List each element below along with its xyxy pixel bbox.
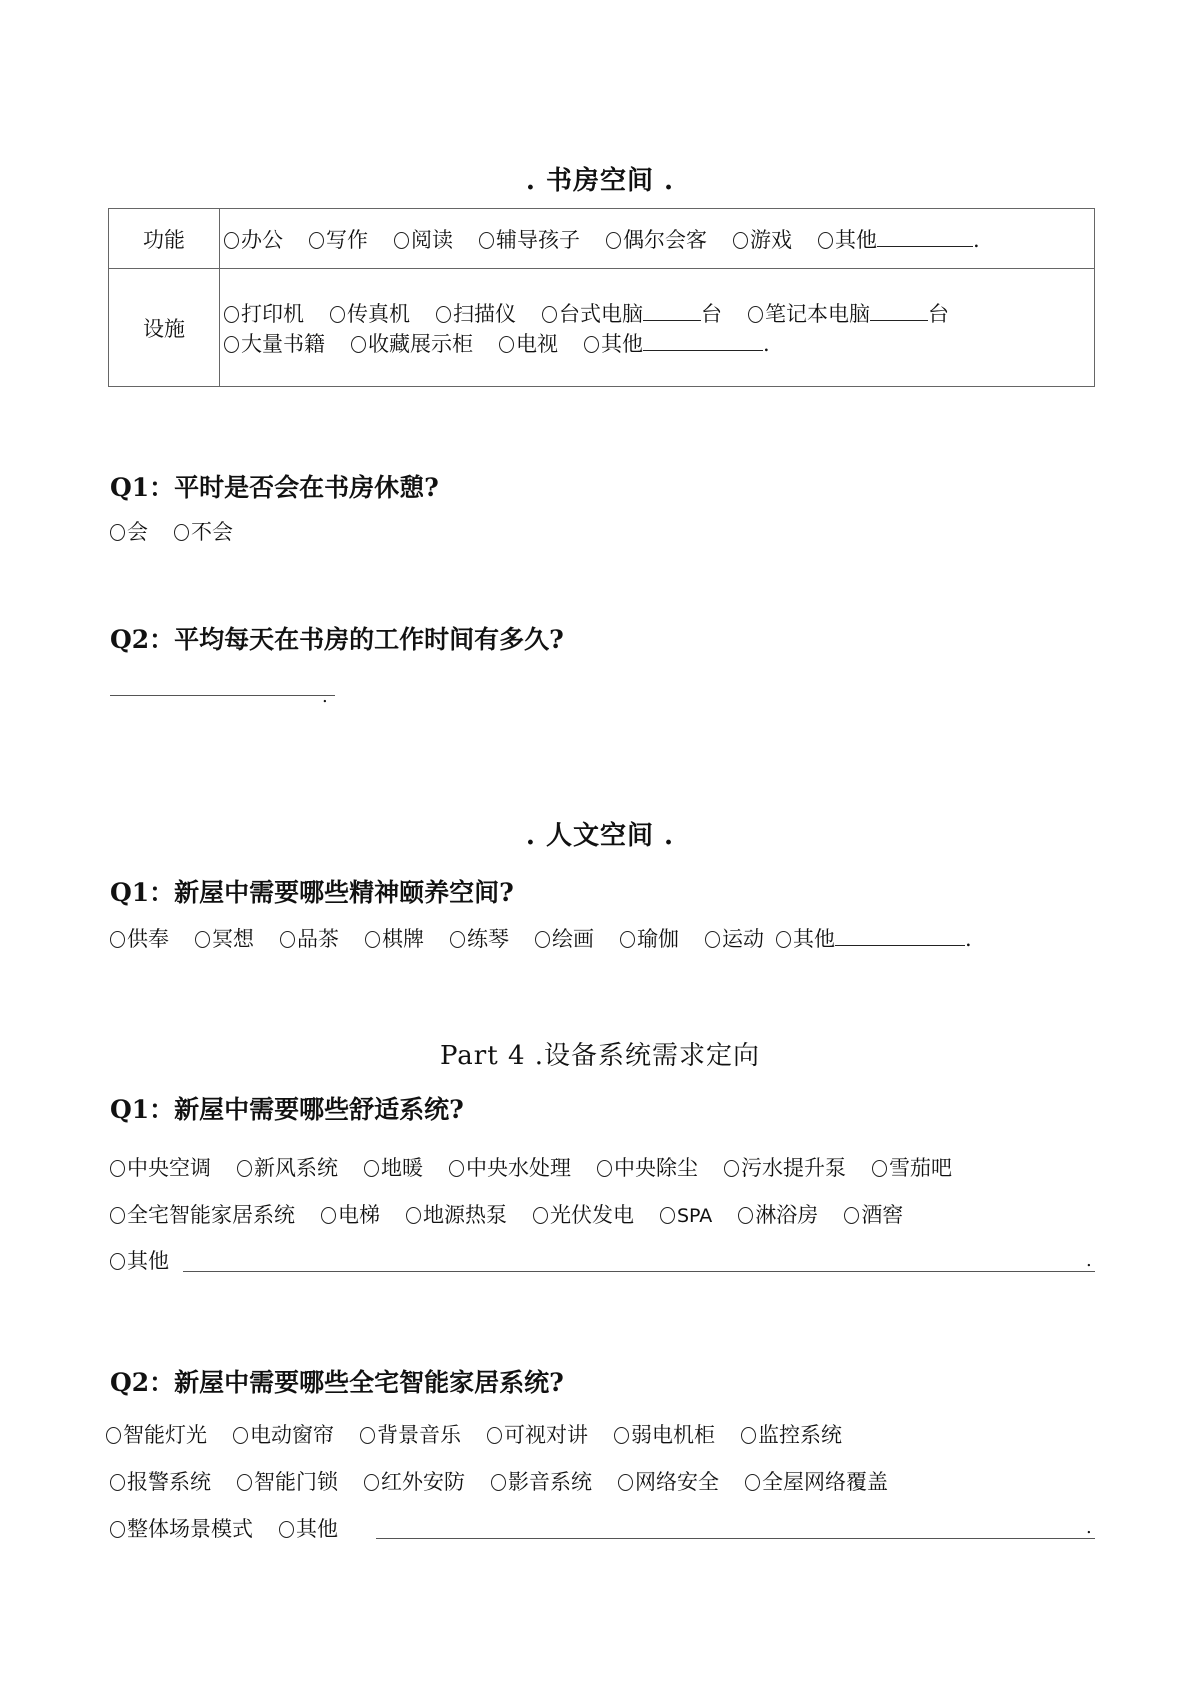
option-tv[interactable]: 电视 <box>499 328 558 358</box>
smart-options-row-2: 报警系统 智能门锁 红外安防 影音系统 网络安全 全屋网络覆盖 <box>110 1466 914 1496</box>
section-title-humanities: . 人文空间 . <box>0 815 1200 852</box>
radio-circle-icon[interactable] <box>705 931 720 948</box>
radio-circle-icon[interactable] <box>533 1207 548 1224</box>
option-central-ac[interactable]: 中央空调 <box>110 1152 211 1182</box>
question-spiritual-spaces: Q1：新屋中需要哪些精神颐养空间? <box>110 873 514 909</box>
option-other[interactable]: 其他. <box>776 923 972 953</box>
option-central-vacuum[interactable]: 中央除尘 <box>597 1152 698 1182</box>
option-motorized-curtains[interactable]: 电动窗帘 <box>233 1419 334 1449</box>
laptop-count-input[interactable] <box>870 300 928 321</box>
other-input-line[interactable] <box>643 330 763 351</box>
radio-circle-icon[interactable] <box>487 1427 502 1444</box>
radio-circle-icon[interactable] <box>394 232 409 249</box>
option-desktop[interactable]: 台式电脑台 <box>542 298 722 328</box>
option-piano[interactable]: 练琴 <box>450 923 509 953</box>
radio-circle-icon[interactable] <box>479 232 494 249</box>
radio-circle-icon[interactable] <box>776 931 791 948</box>
radio-circle-icon[interactable] <box>110 1474 125 1491</box>
radio-circle-icon[interactable] <box>542 306 557 323</box>
radio-circle-icon[interactable] <box>195 931 210 948</box>
radio-circle-icon[interactable] <box>614 1427 629 1444</box>
question-comfort-systems: Q1：新屋中需要哪些舒适系统? <box>110 1090 464 1126</box>
function-options: 办公 写作 阅读 辅导孩子 偶尔会客 游戏 其他. <box>224 224 1093 254</box>
option-water-treatment[interactable]: 中央水处理 <box>449 1152 571 1182</box>
comfort-other-input-line[interactable] <box>183 1271 1095 1272</box>
radio-circle-icon[interactable] <box>279 1521 294 1538</box>
other-input-line[interactable] <box>835 925 965 946</box>
radio-circle-icon[interactable] <box>499 336 514 353</box>
option-scene-mode[interactable]: 整体场景模式 <box>110 1513 253 1543</box>
radio-circle-icon[interactable] <box>237 1474 252 1491</box>
option-smart-lock[interactable]: 智能门锁 <box>237 1466 338 1496</box>
comfort-options-row-3: 其他 <box>110 1245 169 1275</box>
option-other[interactable]: 其他 <box>110 1245 169 1275</box>
option-scanner[interactable]: 扫描仪 <box>436 298 516 328</box>
option-fresh-air[interactable]: 新风系统 <box>237 1152 338 1182</box>
radio-circle-icon[interactable] <box>741 1427 756 1444</box>
option-surveillance[interactable]: 监控系统 <box>741 1419 842 1449</box>
radio-circle-icon[interactable] <box>280 931 295 948</box>
option-sewage-pump[interactable]: 污水提升泵 <box>724 1152 846 1182</box>
option-games[interactable]: 游戏 <box>733 224 792 254</box>
other-input-line[interactable] <box>877 226 973 247</box>
radio-circle-icon[interactable] <box>618 1474 633 1491</box>
option-infrared-security[interactable]: 红外安防 <box>364 1466 465 1496</box>
option-home-theater[interactable]: 影音系统 <box>491 1466 592 1496</box>
option-laptop[interactable]: 笔记本电脑台 <box>748 298 949 328</box>
option-painting[interactable]: 绘画 <box>535 923 594 953</box>
table-row-function: 功能 办公 写作 阅读 辅导孩子 偶尔会客 游戏 其他. <box>109 209 1095 269</box>
option-other[interactable]: 其他. <box>584 328 770 358</box>
option-writing[interactable]: 写作 <box>309 224 368 254</box>
radio-circle-icon[interactable] <box>364 1160 379 1177</box>
radio-circle-icon[interactable] <box>436 306 451 323</box>
radio-circle-icon[interactable] <box>738 1207 753 1224</box>
option-worship[interactable]: 供奉 <box>110 923 169 953</box>
radio-circle-icon[interactable] <box>365 931 380 948</box>
desktop-count-input[interactable] <box>643 300 701 321</box>
options-spiritual-spaces: 供奉 冥想 品茶 棋牌 练琴 绘画 瑜伽 运动 其他. <box>110 923 972 953</box>
smart-other-input-line[interactable] <box>376 1538 1095 1539</box>
radio-circle-icon[interactable] <box>360 1427 375 1444</box>
options-study-rest: 会 不会 <box>110 516 259 546</box>
option-yes[interactable]: 会 <box>110 516 148 546</box>
radio-circle-icon[interactable] <box>748 306 763 323</box>
option-wine-cellar[interactable]: 酒窖 <box>844 1199 903 1229</box>
study-hours-input-line[interactable] <box>110 695 335 696</box>
radio-circle-icon[interactable] <box>224 306 239 323</box>
option-elevator[interactable]: 电梯 <box>321 1199 380 1229</box>
option-yoga[interactable]: 瑜伽 <box>620 923 679 953</box>
radio-circle-icon[interactable] <box>237 1160 252 1177</box>
option-floor-heating[interactable]: 地暖 <box>364 1152 423 1182</box>
option-other[interactable]: 其他. <box>818 224 980 254</box>
option-spa[interactable]: SPA <box>660 1205 712 1227</box>
facilities-line-1: 打印机 传真机 扫描仪 台式电脑台 笔记本电脑台 <box>224 298 1093 328</box>
question-study-rest: Q1：平时是否会在书房休憩? <box>110 468 439 504</box>
radio-circle-icon[interactable] <box>351 336 366 353</box>
radio-circle-icon[interactable] <box>660 1207 675 1224</box>
radio-circle-icon[interactable] <box>110 931 125 948</box>
radio-circle-icon[interactable] <box>872 1160 887 1177</box>
option-meditation[interactable]: 冥想 <box>195 923 254 953</box>
option-exercise[interactable]: 运动 <box>705 923 764 953</box>
option-no[interactable]: 不会 <box>174 516 233 546</box>
radio-circle-icon[interactable] <box>406 1207 421 1224</box>
option-cigar-bar[interactable]: 雪茄吧 <box>872 1152 952 1182</box>
question-smart-home-systems: Q2：新屋中需要哪些全宅智能家居系统? <box>110 1363 564 1399</box>
option-fax[interactable]: 传真机 <box>330 298 410 328</box>
smart-options-row-3: 整体场景模式 其他 <box>110 1513 338 1543</box>
radio-circle-icon[interactable] <box>321 1207 336 1224</box>
radio-circle-icon[interactable] <box>364 1474 379 1491</box>
smart-other-period: . <box>1086 1517 1092 1538</box>
section-title-part4: Part 4 .设备系统需求定向 <box>0 1035 1200 1072</box>
radio-circle-icon[interactable] <box>724 1160 739 1177</box>
table-row-facilities: 设施 打印机 传真机 扫描仪 台式电脑台 笔记本电脑台 大量书籍 收藏展示柜 电… <box>109 269 1095 387</box>
option-geothermal[interactable]: 地源热泵 <box>406 1199 507 1229</box>
row-label-function: 功能 <box>109 209 220 269</box>
option-guests[interactable]: 偶尔会客 <box>606 224 707 254</box>
option-tea[interactable]: 品茶 <box>280 923 339 953</box>
radio-circle-icon[interactable] <box>233 1427 248 1444</box>
option-network-cabinet[interactable]: 弱电机柜 <box>614 1419 715 1449</box>
comfort-options-row-1: 中央空调 新风系统 地暖 中央水处理 中央除尘 污水提升泵 雪茄吧 <box>110 1152 978 1182</box>
option-full-wifi[interactable]: 全屋网络覆盖 <box>745 1466 888 1496</box>
radio-circle-icon[interactable] <box>584 336 599 353</box>
radio-circle-icon[interactable] <box>174 524 189 541</box>
radio-circle-icon[interactable] <box>491 1474 506 1491</box>
option-smart-lighting[interactable]: 智能灯光 <box>106 1419 207 1449</box>
option-tutoring[interactable]: 辅导孩子 <box>479 224 580 254</box>
radio-circle-icon[interactable] <box>224 336 239 353</box>
comfort-options-row-2: 全宅智能家居系统 电梯 地源热泵 光伏发电 SPA 淋浴房 酒窖 <box>110 1199 929 1229</box>
radio-circle-icon[interactable] <box>330 306 345 323</box>
radio-circle-icon[interactable] <box>110 1521 125 1538</box>
radio-circle-icon[interactable] <box>450 931 465 948</box>
radio-circle-icon[interactable] <box>106 1427 121 1444</box>
option-printer[interactable]: 打印机 <box>224 298 304 328</box>
option-books[interactable]: 大量书籍 <box>224 328 325 358</box>
radio-circle-icon[interactable] <box>110 1253 125 1270</box>
radio-circle-icon[interactable] <box>110 1160 125 1177</box>
radio-circle-icon[interactable] <box>449 1160 464 1177</box>
radio-circle-icon[interactable] <box>597 1160 612 1177</box>
facilities-line-2: 大量书籍 收藏展示柜 电视 其他. <box>224 328 1093 358</box>
radio-circle-icon[interactable] <box>309 232 324 249</box>
option-solar[interactable]: 光伏发电 <box>533 1199 634 1229</box>
radio-circle-icon[interactable] <box>110 524 125 541</box>
radio-circle-icon[interactable] <box>818 232 833 249</box>
option-other[interactable]: 其他 <box>279 1513 338 1543</box>
study-hours-period: . <box>322 686 328 707</box>
option-background-music[interactable]: 背景音乐 <box>360 1419 461 1449</box>
radio-circle-icon[interactable] <box>110 1207 125 1224</box>
study-table: 功能 办公 写作 阅读 辅导孩子 偶尔会客 游戏 其他. 设施 打印机 传真机 … <box>108 208 1095 387</box>
radio-circle-icon[interactable] <box>620 931 635 948</box>
comfort-other-period: . <box>1086 1250 1092 1271</box>
option-network-security[interactable]: 网络安全 <box>618 1466 719 1496</box>
smart-options-row-1: 智能灯光 电动窗帘 背景音乐 可视对讲 弱电机柜 监控系统 <box>106 1419 868 1449</box>
option-alarm[interactable]: 报警系统 <box>110 1466 211 1496</box>
option-reading[interactable]: 阅读 <box>394 224 453 254</box>
radio-circle-icon[interactable] <box>844 1207 859 1224</box>
option-office[interactable]: 办公 <box>224 224 283 254</box>
radio-circle-icon[interactable] <box>733 232 748 249</box>
option-smart-home[interactable]: 全宅智能家居系统 <box>110 1199 295 1229</box>
option-chess-cards[interactable]: 棋牌 <box>365 923 424 953</box>
option-video-intercom[interactable]: 可视对讲 <box>487 1419 588 1449</box>
question-study-hours: Q2：平均每天在书房的工作时间有多久? <box>110 620 564 656</box>
option-display-cabinet[interactable]: 收藏展示柜 <box>351 328 473 358</box>
radio-circle-icon[interactable] <box>224 232 239 249</box>
radio-circle-icon[interactable] <box>745 1474 760 1491</box>
radio-circle-icon[interactable] <box>606 232 621 249</box>
radio-circle-icon[interactable] <box>535 931 550 948</box>
option-shower-room[interactable]: 淋浴房 <box>738 1199 818 1229</box>
row-label-facilities: 设施 <box>109 269 220 387</box>
section-title-study: . 书房空间 . <box>0 160 1200 197</box>
